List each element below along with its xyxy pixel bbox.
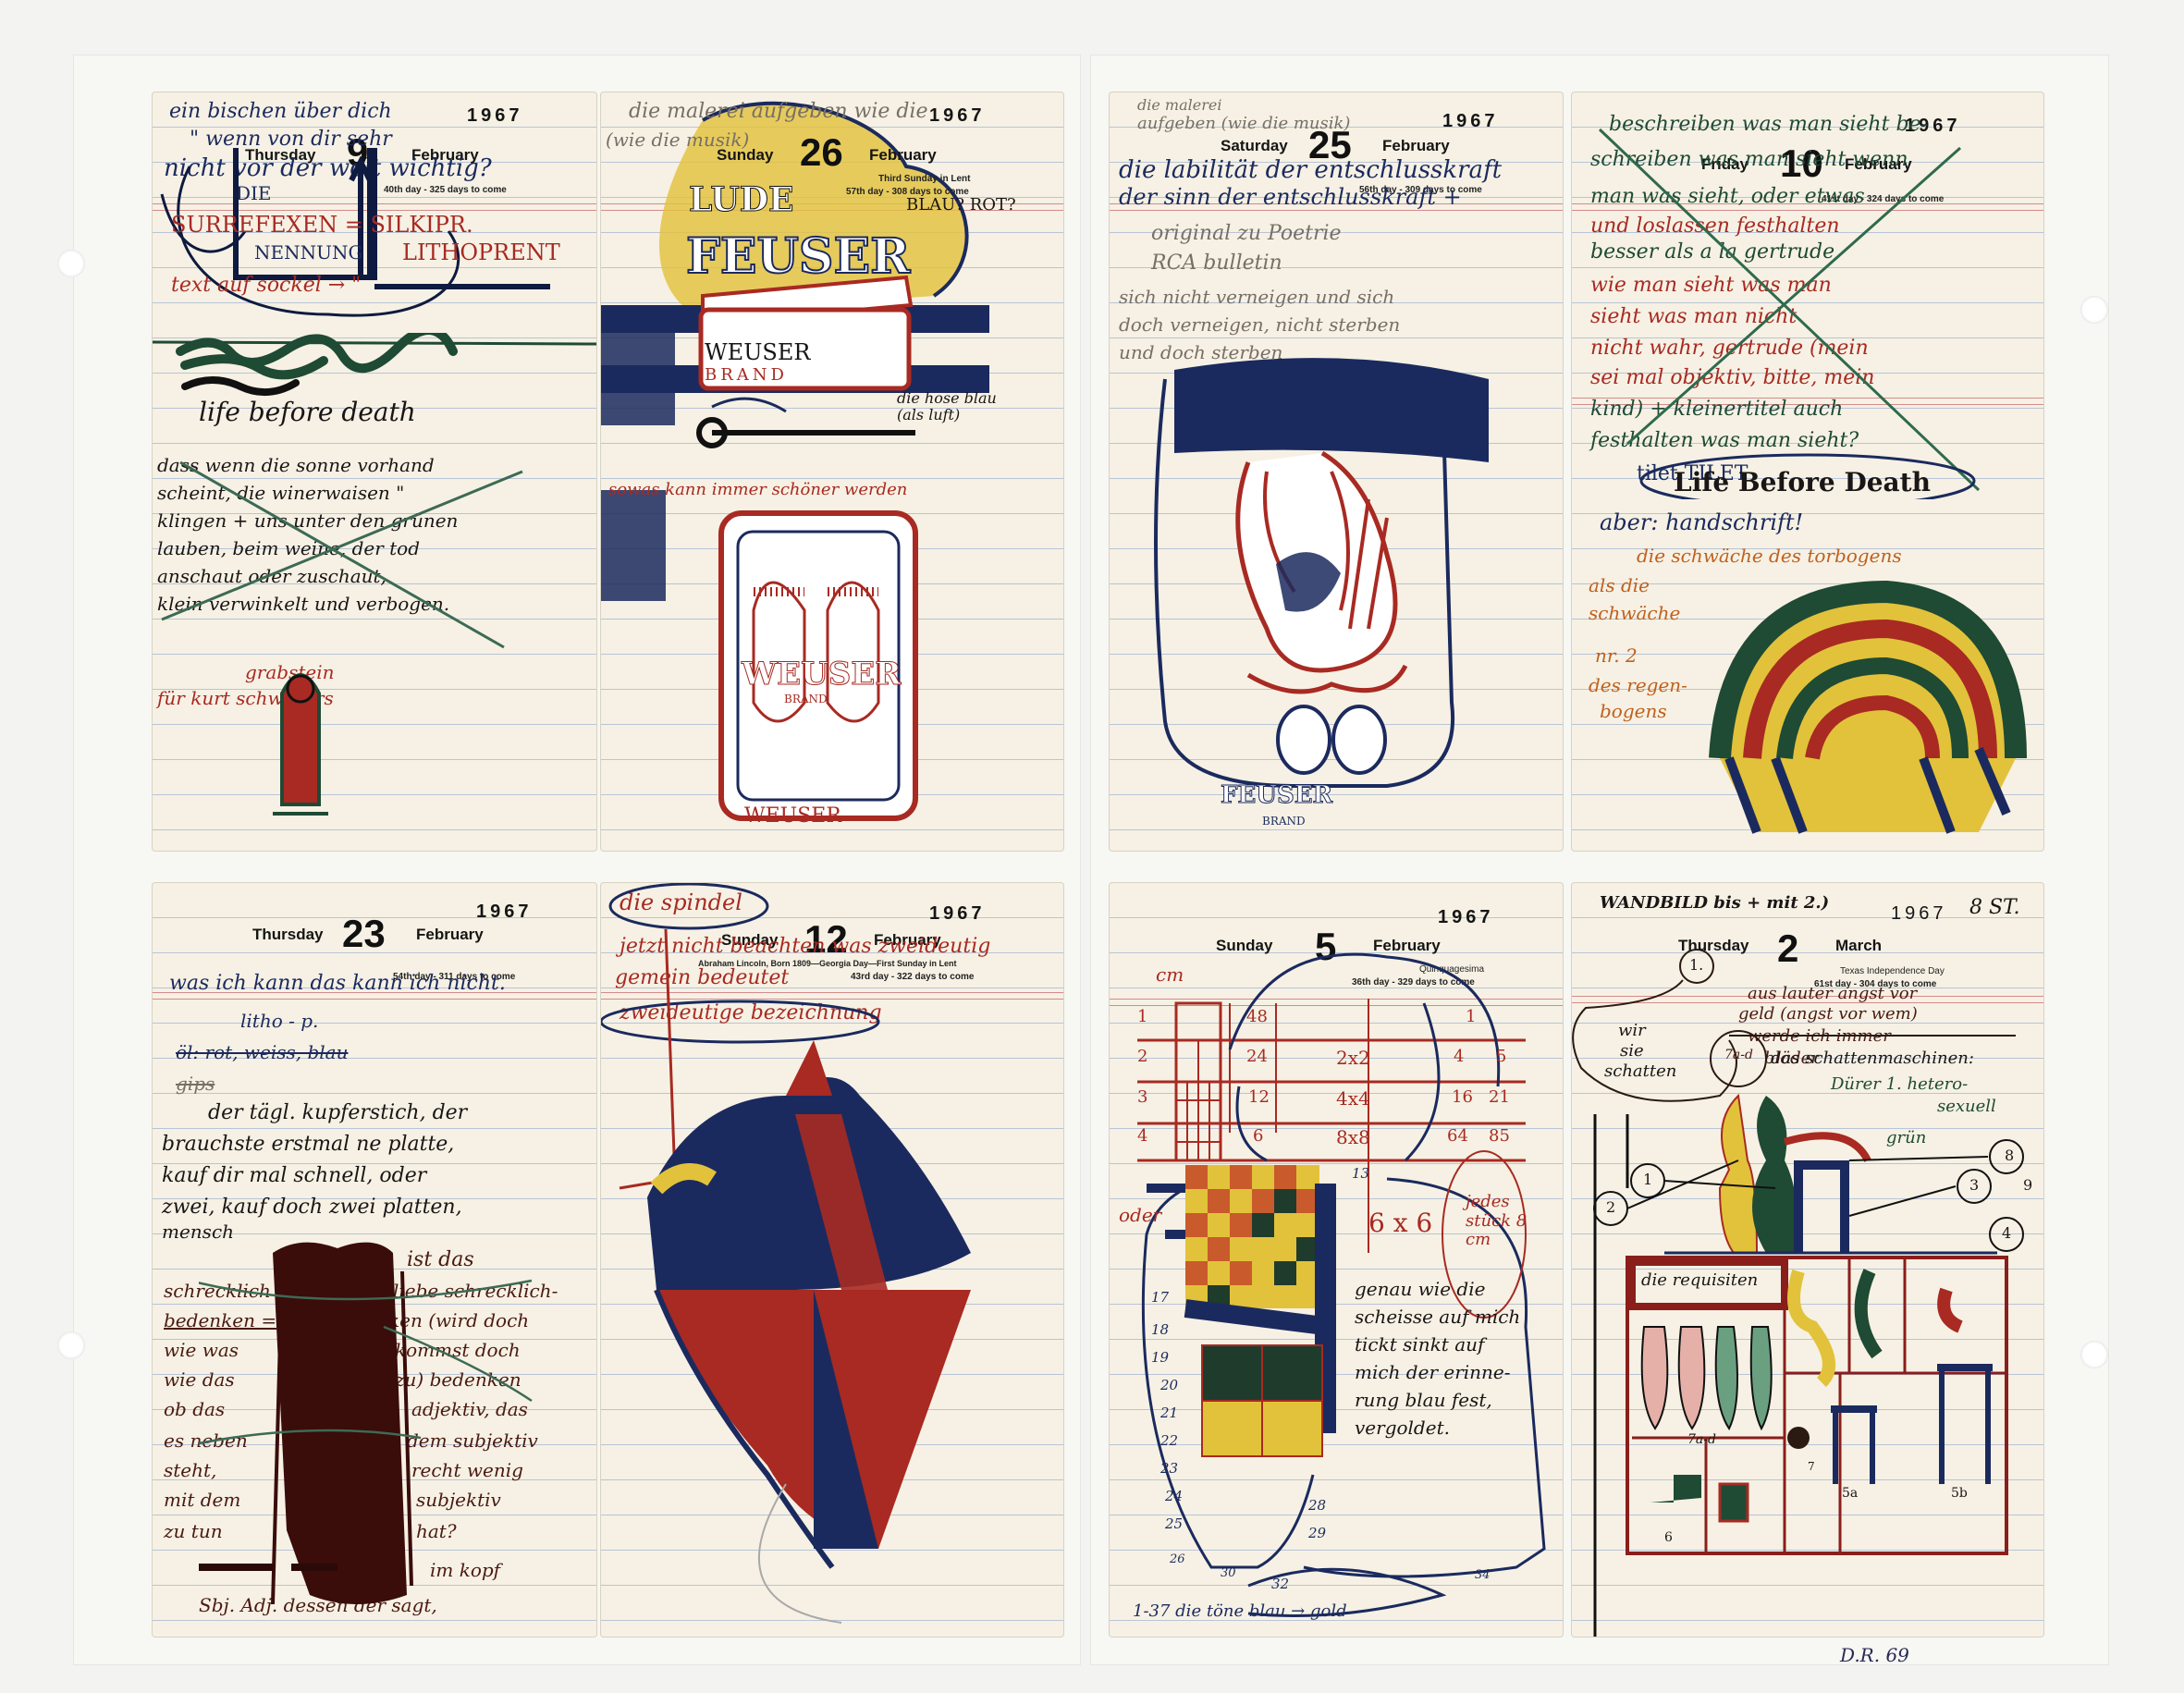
handwritten-line: grün [1886, 1129, 1926, 1148]
count-number: 23 [1160, 1461, 1178, 1477]
count-number: 30 [1221, 1567, 1236, 1581]
handwritten-line: 1-37 die töne blau → gold [1133, 1602, 1347, 1622]
brush-stroke [199, 883, 587, 1637]
count-number: 24 [1165, 1489, 1183, 1504]
handwritten-line: NENNUNG [254, 242, 362, 264]
label-feuser: FEUSER [1221, 782, 1332, 810]
handwritten-line: des regen- [1589, 675, 1687, 696]
bubble-text: schatten [1604, 1062, 1676, 1082]
count-number: 18 [1151, 1322, 1169, 1338]
green-cross-out [1572, 92, 2043, 499]
handwritten-line: als die [1589, 575, 1650, 596]
handwritten-line: ein bischen über dich [169, 100, 392, 123]
circled-number: 8 [2005, 1147, 2014, 1164]
handwritten-line: sowas kann immer schöner werden [608, 481, 907, 500]
label-7a-d: 7a-d [1687, 1432, 1716, 1447]
label-lude: LUDE [689, 181, 793, 219]
artist-signature: D.R. 69 [1840, 1644, 1909, 1666]
cell-value: 4 [1454, 1048, 1464, 1067]
handwritten-line: der sinn der entschlusskraft + [1119, 185, 1462, 211]
handwritten-line: die labilität der entschlusskraft [1119, 157, 1502, 185]
cell-value: 85 [1489, 1127, 1510, 1147]
circled-number: 7 [1808, 1461, 1815, 1474]
gravestone-drawing [264, 656, 337, 823]
count-number: 32 [1271, 1576, 1289, 1592]
page-observance: Third Sunday in Lent [878, 174, 970, 184]
page-year: 1967 [467, 105, 523, 127]
row-number: 2 [1137, 1048, 1147, 1067]
binder-hole [2080, 296, 2108, 324]
page-month: February [1382, 137, 1450, 155]
handwritten-line: schwäche [1589, 603, 1680, 624]
page-year: 1967 [929, 105, 986, 127]
handwritten-line: die malerei [1137, 97, 1221, 114]
row-number: 3 [1137, 1088, 1147, 1108]
row-number: 1 [1137, 1008, 1147, 1027]
handwritten-line: bogens [1600, 701, 1667, 722]
handwritten-line: die malerei aufgeben wie die [629, 100, 928, 123]
spindle-drawing [601, 883, 1063, 1637]
cell-value: 12 [1248, 1088, 1270, 1108]
handwritten-line: life before death [199, 398, 416, 427]
handwritten-line: die hose blau (als luft) [897, 390, 1008, 424]
handwritten-line: tickt sinkt auf [1355, 1334, 1484, 1356]
label-brand-2: BRAND [784, 693, 828, 706]
cell-value: 24 [1246, 1048, 1268, 1067]
handwritten-line: LITHOPRENT [402, 240, 560, 266]
cell-value: 1 [1466, 1008, 1476, 1027]
page-weekday: Saturday [1221, 137, 1288, 155]
label-oder: oder [1119, 1205, 1161, 1226]
label-6x6: 6 x 6 [1368, 1208, 1432, 1238]
diary-page-sun-5-feb: 1967 Sunday 5 February Quinquagesima 36t… [1110, 883, 1563, 1637]
diary-page-thu-2-mar: WANDBILD bis + mit 2.) 1967 8 ST. Thursd… [1572, 883, 2043, 1637]
handwritten-line: original zu Poetrie [1151, 222, 1342, 245]
label-weuser-2: WEUSER [742, 656, 901, 693]
binder-hole [57, 1331, 85, 1359]
handwritten-line: Dürer 1. hetero- [1831, 1075, 1968, 1095]
page-year: 1967 [1442, 111, 1499, 132]
circled-number: 9 [2023, 1177, 2032, 1194]
figure-drawing [1110, 351, 1563, 851]
handwritten-line: doch verneigen, nicht sterben [1119, 314, 1400, 336]
handwritten-line: text auf sockel → " [171, 274, 361, 297]
label-cm: cm [1156, 964, 1184, 986]
circled-number: 6 [1664, 1530, 1673, 1545]
circled-number: 2 [1606, 1199, 1615, 1216]
handwritten-line: sich nicht verneigen und sich [1119, 287, 1394, 308]
handwritten-line: sexuell [1937, 1098, 1996, 1117]
handwritten-line: die schwäche des torbogens [1637, 546, 1902, 567]
handwritten-line: BLAU? ROT? [906, 196, 1016, 215]
diary-page-thu-9-feb: 1967 Thursday 9 February 40th day - 325 … [153, 92, 596, 851]
page-month: February [869, 146, 937, 165]
label-brand: BRAND [705, 366, 788, 386]
diary-page-thu-23-feb: 1967 Thursday 23 February 54th day - 311… [153, 883, 596, 1637]
arch-drawing [1701, 573, 2034, 851]
count-number: 21 [1160, 1405, 1178, 1421]
handwritten-line: scheisse auf mich [1355, 1307, 1520, 1328]
count-number: 26 [1170, 1553, 1185, 1567]
cell-value: 8x8 [1336, 1127, 1370, 1148]
count-number: 19 [1151, 1350, 1169, 1366]
count-number: 22 [1160, 1433, 1178, 1449]
row-number: 4 [1137, 1127, 1147, 1147]
bubble-text: wir [1618, 1022, 1646, 1041]
count-number: 34 [1475, 1569, 1491, 1583]
circled-number: 5b [1951, 1486, 1968, 1501]
cell-value: 6 [1253, 1127, 1263, 1147]
count-number: 20 [1160, 1378, 1178, 1393]
label-die-requisiten: die requisiten [1641, 1271, 1758, 1291]
gothic-title: Life Before Death [1674, 468, 1931, 497]
cell-value: 2x2 [1336, 1048, 1370, 1069]
handwritten-line: mich der erinne- [1355, 1362, 1511, 1383]
label-jedes-stueck: jedes stück 8 cm [1466, 1193, 1530, 1250]
bubble-text: sie [1620, 1042, 1644, 1061]
diary-page-fri-10-feb: 1967 Friday 10 February 41st day - 324 d… [1572, 92, 2043, 851]
label-weuser: WEUSER [705, 340, 810, 366]
cell-value: 16 [1452, 1088, 1473, 1108]
count-number: 29 [1308, 1526, 1326, 1541]
circled-number: 1. [1689, 957, 1703, 974]
handwritten-line: genau wie die [1355, 1279, 1485, 1300]
green-cross-out [153, 453, 596, 656]
scribbled-out-text [176, 333, 490, 398]
label-weuser-3: WEUSER [744, 804, 841, 828]
cell-value: 64 [1447, 1127, 1468, 1147]
count-number: 28 [1308, 1498, 1326, 1514]
page-weekday: Sunday [717, 146, 773, 165]
count-number: 25 [1165, 1516, 1183, 1532]
handwritten-line: RCA bulletin [1151, 251, 1282, 275]
cell-value: 48 [1246, 1008, 1268, 1027]
handwritten-line: rung blau fest, [1355, 1390, 1492, 1411]
handwritten-line: vergoldet. [1355, 1417, 1450, 1439]
page-day-number: 26 [800, 133, 843, 172]
label-brand: BRAND [1262, 816, 1306, 828]
handwritten-line: das schattenmaschinen: [1771, 1049, 1974, 1069]
diary-page-sat-25-feb: die malerei aufgeben (wie die musik) 196… [1110, 92, 1563, 851]
circled-number: 1 [1643, 1172, 1652, 1188]
count-number: 17 [1151, 1290, 1169, 1306]
handwritten-line: nr. 2 [1595, 645, 1638, 667]
cell-value: 5 [1496, 1048, 1506, 1067]
circled-number: 5a [1842, 1486, 1858, 1501]
diary-page-sun-26-feb: die malerei aufgeben wie die (wie die mu… [601, 92, 1063, 851]
diary-page-sun-12-feb: 1967 Sunday 12 February Abraham Lincoln,… [601, 883, 1063, 1637]
binder-hole [2080, 1341, 2108, 1368]
handwritten-line: SURREFEXEN = SILKIPR. [171, 213, 473, 239]
handwritten-line: aber: handschrift! [1600, 510, 1803, 536]
count-number: 13 [1352, 1166, 1369, 1182]
cell-value: 4x4 [1336, 1088, 1370, 1110]
cell-value: 21 [1489, 1088, 1510, 1108]
circled-number: 3 [1969, 1177, 1979, 1194]
binder-hole [57, 250, 85, 277]
circled-label: 7a-d [1724, 1048, 1753, 1062]
label-feuser: FEUSER [686, 229, 910, 285]
shadow-machine-drawing [1572, 883, 2043, 1637]
circled-number: 4 [2002, 1225, 2011, 1242]
